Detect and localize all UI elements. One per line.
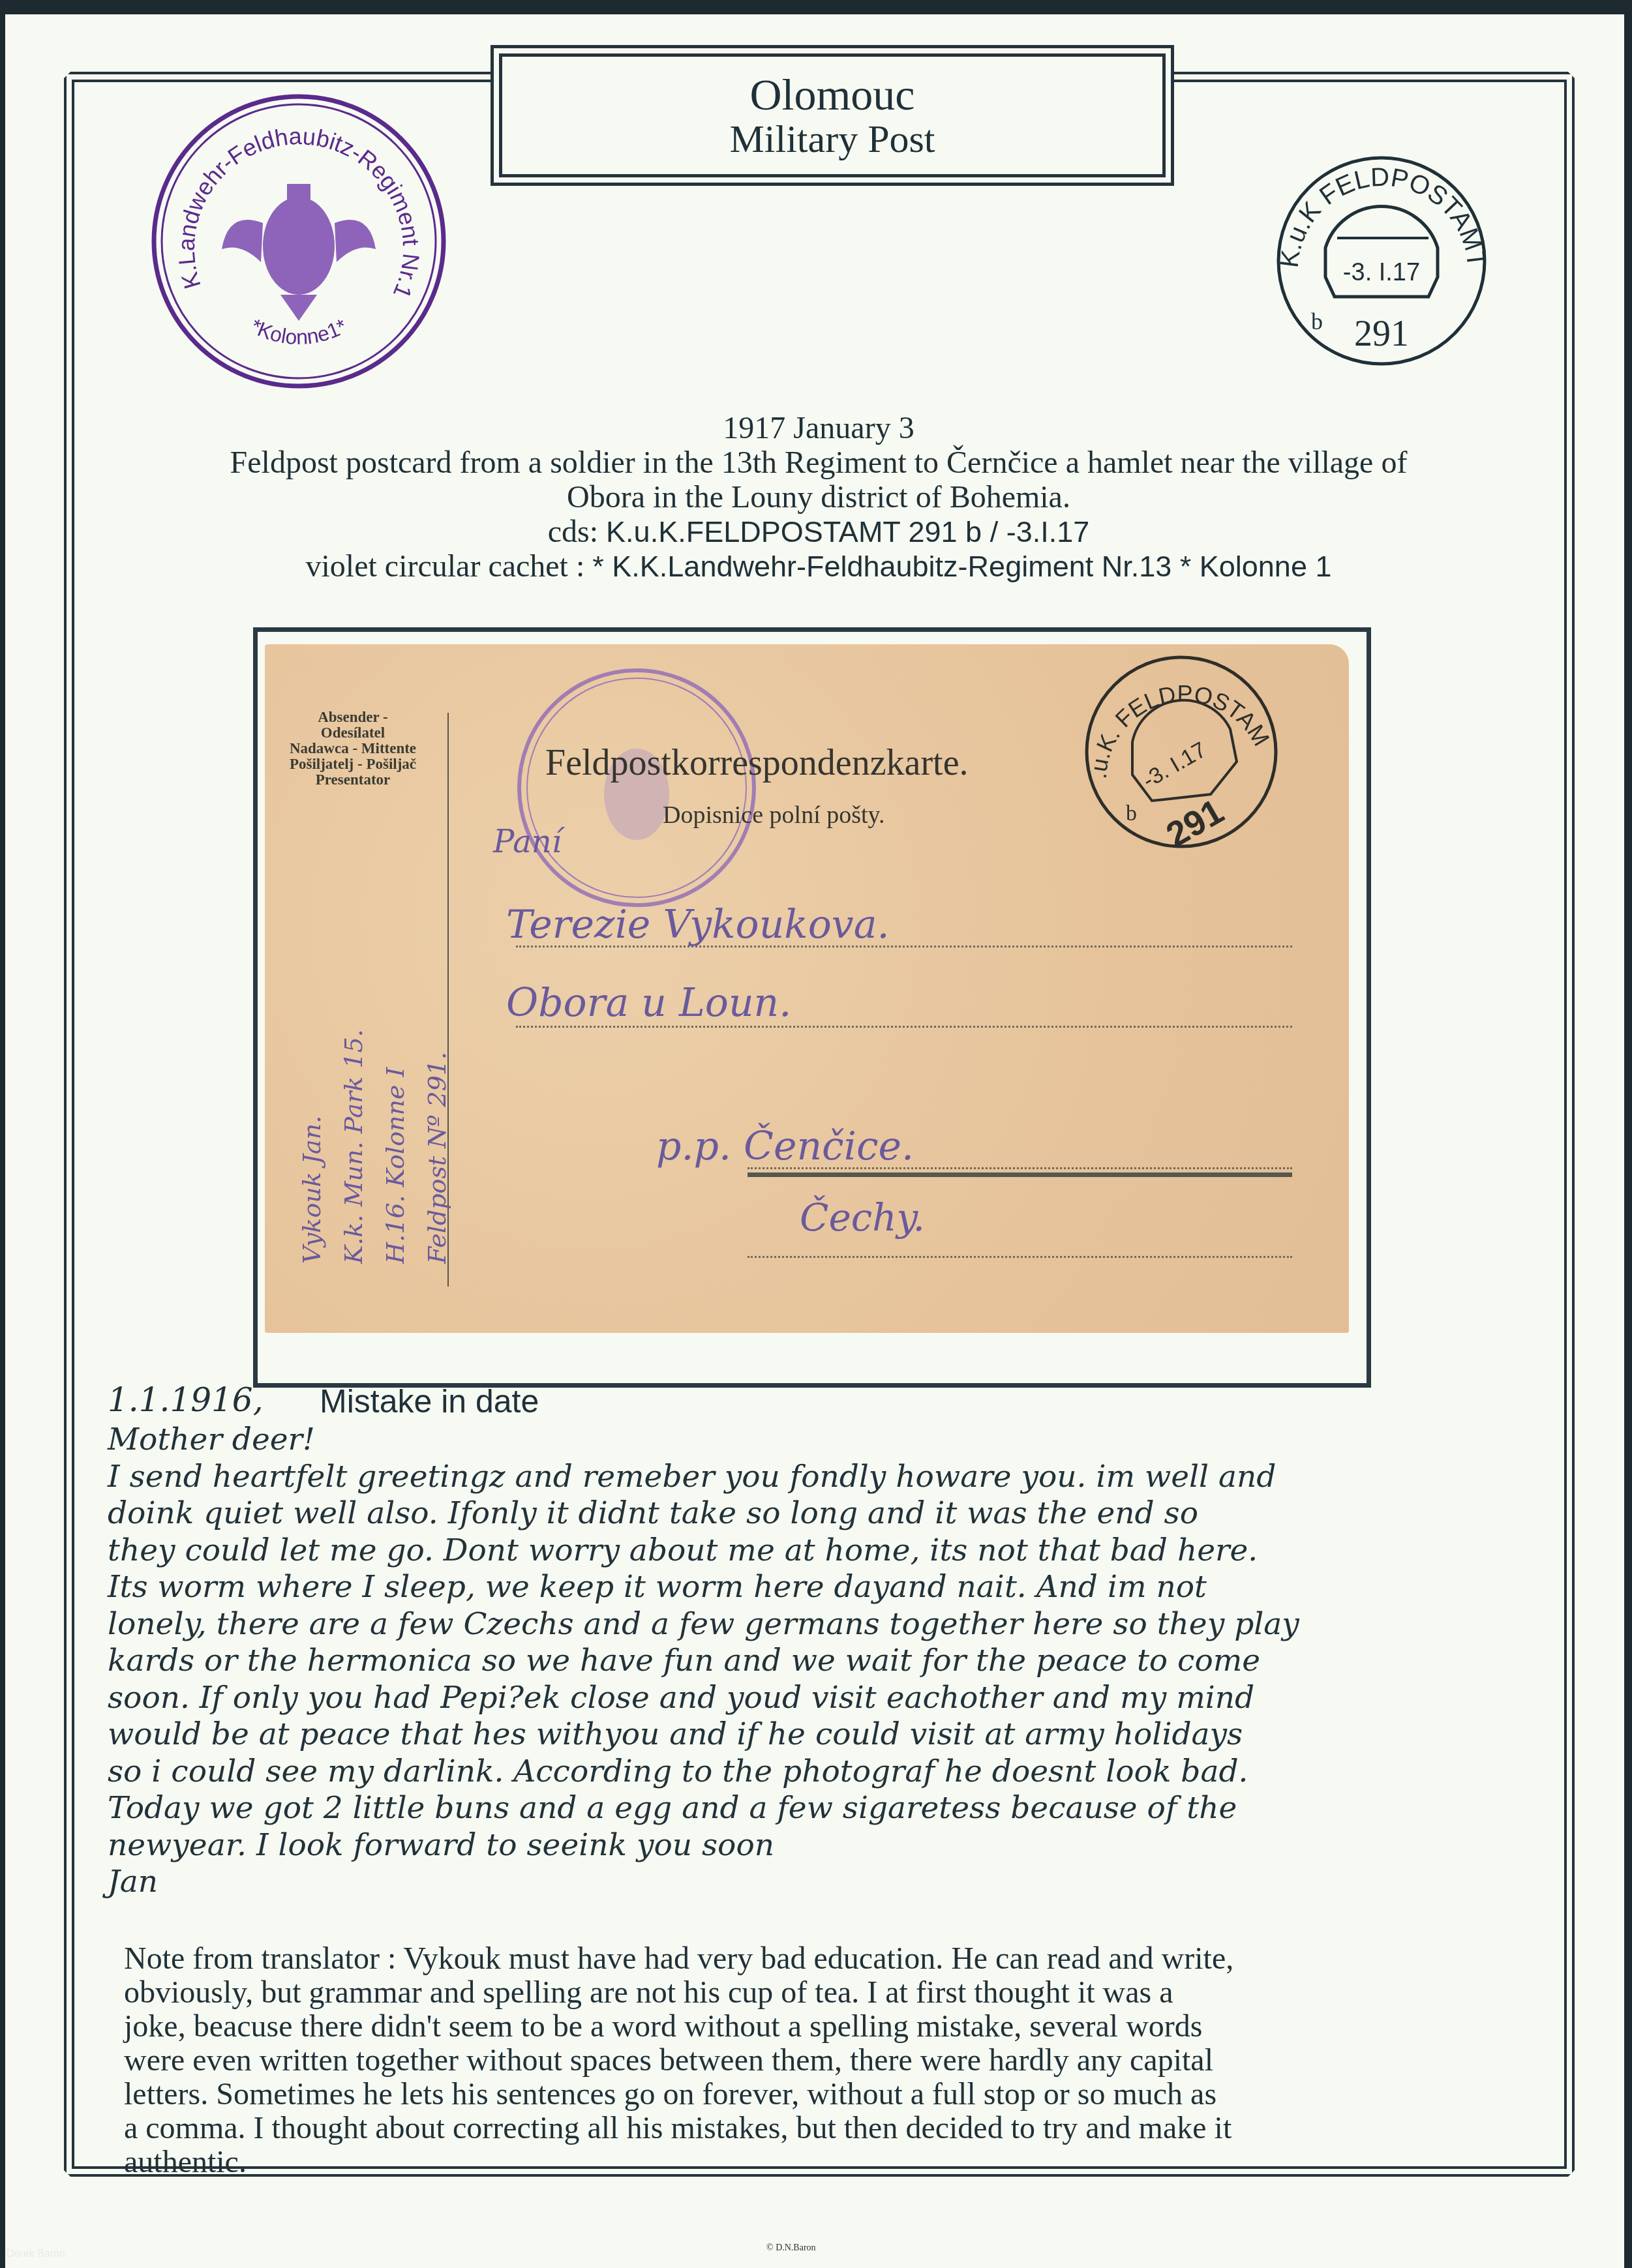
address-line [748, 1167, 1292, 1169]
violet-cachet-icon: K.K.Landwehr-Feldhaubitz-Regiment Nr.13 … [150, 93, 447, 390]
caption-cds: cds: K.u.K.FELDPOSTAMT 291 b / -3.I.17 [85, 515, 1552, 549]
page-subtitle: Military Post [729, 118, 935, 160]
translator-note: Note from translator : Vykouk must have … [124, 1942, 1507, 2179]
address-line [516, 1026, 1292, 1028]
caption-cachet: violet circular cachet : * K.K.Landwehr-… [85, 549, 1552, 584]
page-title-box: Olomouc Military Post [499, 53, 1166, 177]
page-title: Olomouc [749, 71, 914, 118]
postcard-cds-icon: K.u.K. FELDPOSTAMT -3. I.17 291 b [1080, 651, 1282, 853]
copyright: © D.N.Baron [766, 2243, 816, 2254]
postcard-image: Absender - Odesílatel Nadawca - Mittente… [265, 644, 1349, 1333]
letter-translation: Mother deer! I send heartfelt greetingz … [108, 1422, 1517, 1901]
description-caption: 1917 January 3 Feldpost postcard from a … [85, 411, 1552, 584]
caption-date: 1917 January 3 [85, 411, 1552, 445]
address-post: p.p. Čenčice. [656, 1124, 914, 1169]
postcard-subtitle: Dopisnice polní pošty. [663, 801, 885, 829]
address-country: Čechy. [800, 1195, 925, 1240]
cds-arc-text: K.u.K FELDPOSTAMT [1275, 163, 1490, 269]
cds-number: 291 [1354, 314, 1409, 354]
address-line [516, 946, 1292, 947]
cds-date: -3. I.17 [1343, 259, 1420, 286]
address-line [748, 1256, 1292, 1258]
sender-labels: Absender - Odesílatel Nadawca - Mittente… [284, 709, 421, 788]
postcard-cachet-icon [513, 664, 761, 912]
cds-postmark-icon: K.u.K FELDPOSTAMT -3. I.17 291 b [1272, 153, 1490, 368]
svg-text:291: 291 [1160, 792, 1230, 853]
letter-date: 1.1.1916, [108, 1381, 264, 1419]
caption-description-1: Feldpost postcard from a soldier in the … [85, 445, 1552, 480]
eagle-icon [222, 184, 376, 321]
letter-date-note: Mistake in date [320, 1382, 539, 1420]
caption-description-2: Obora in the Louny district of Bohemia. [85, 480, 1552, 515]
address-underline [748, 1172, 1292, 1177]
postcard-title: Feldpostkorrespondenzkarte. [545, 742, 968, 784]
address-salutation: Paní [493, 824, 562, 860]
sender-handwritten: Vykouk Jan. K.k. Mun. Park 15. H.16. Kol… [291, 833, 461, 1264]
svg-text:b: b [1126, 801, 1137, 826]
address-town: Obora u Loun. [506, 980, 791, 1026]
cds-letter: b [1311, 308, 1323, 335]
address-name: Terezie Vykoukova. [506, 902, 890, 947]
watermark: Derek Baron [7, 2248, 65, 2260]
svg-text:-3. I.17: -3. I.17 [1138, 738, 1211, 794]
svg-text:K.u.K FELDPOSTAMT: K.u.K FELDPOSTAMT [1275, 163, 1490, 269]
